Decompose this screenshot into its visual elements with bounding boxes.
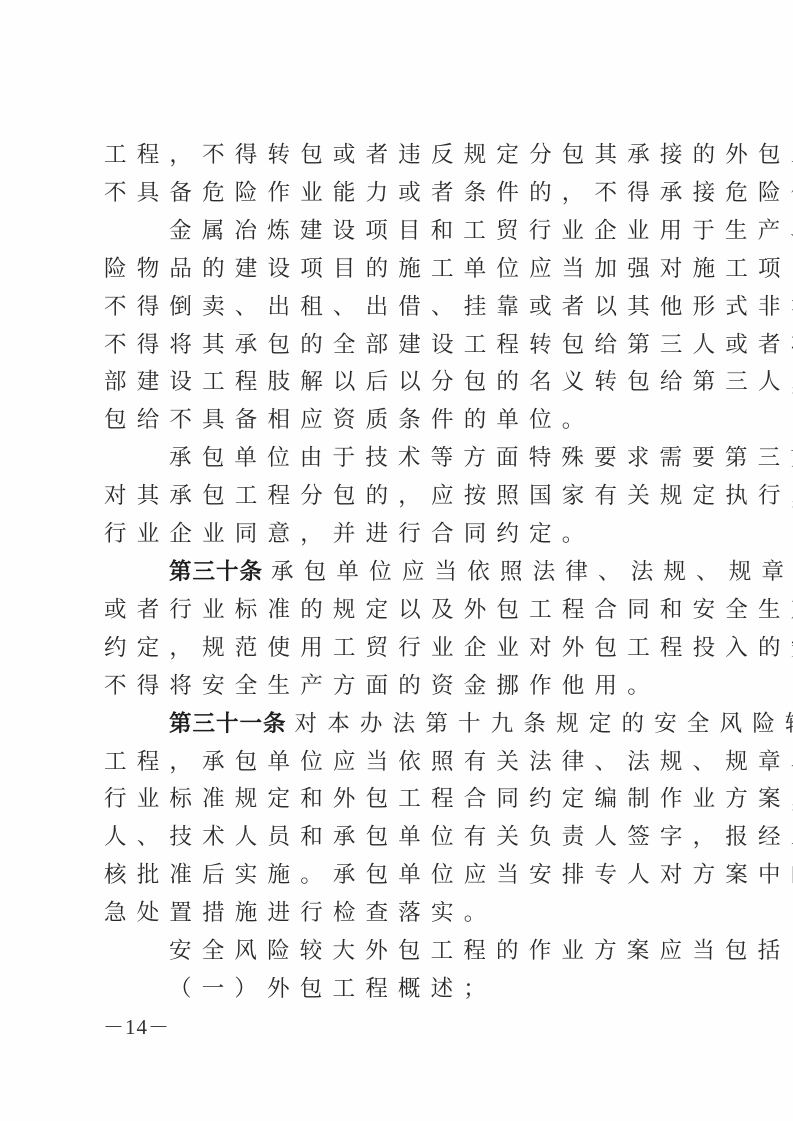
paragraph-subcontracting: 承包单位由于技术等方面特殊要求需要第三方合作或需要 对其承包工程分包的，应按照国… bbox=[104, 440, 696, 554]
text-line: 不得将安全生产方面的资金挪作他用。 bbox=[104, 668, 696, 706]
text-line: 险物品的建设项目的施工单位应当加强对施工项目的安全管理， bbox=[104, 251, 696, 289]
paragraph-work-plan-items-intro: 安全风险较大外包工程的作业方案应当包括以下事项： bbox=[104, 933, 696, 971]
page-body: 工程，不得转包或者违反规定分包其承接的外包工程。承包单位 不具备危险作业能力或者… bbox=[104, 137, 696, 1009]
article-text: 承包单位应当依照法律、法规、规章和国家标准 bbox=[271, 559, 793, 585]
article-text: 对本办法第十九条规定的安全风险较大的外包 bbox=[295, 711, 793, 737]
paragraph-continuation: 工程，不得转包或者违反规定分包其承接的外包工程。承包单位 不具备危险作业能力或者… bbox=[104, 137, 696, 213]
text-line: 工程，承包单位应当依照有关法律、法规、规章、国家标准或者 bbox=[104, 744, 696, 782]
text-line: 急处置措施进行检查落实。 bbox=[104, 895, 696, 933]
text-line: 金属冶炼建设项目和工贸行业企业用于生产、储存、装卸危 bbox=[104, 213, 696, 251]
list-item-1: （一）外包工程概述； bbox=[104, 971, 696, 1009]
text-line: 第三十条承包单位应当依照法律、法规、规章和国家标准 bbox=[104, 554, 696, 592]
text-line: 核批准后实施。承包单位应当安排专人对方案中的安全措施和应 bbox=[104, 857, 696, 895]
page-number: －14－ bbox=[103, 1011, 170, 1041]
text-line: 或者行业标准的规定以及外包工程合同和安全生产管理协议的 bbox=[104, 592, 696, 630]
text-line: 行业标准规定和外包工程合同约定编制作业方案，经项目负责 bbox=[104, 781, 696, 819]
text-line: 部建设工程肢解以后以分包的名义转包给第三人，不得将工程分 bbox=[104, 364, 696, 402]
text-line: 不得将其承包的全部建设工程转包给第三人或者将其承包的全 bbox=[104, 327, 696, 365]
paragraph-metal-smelting-construction: 金属冶炼建设项目和工贸行业企业用于生产、储存、装卸危 险物品的建设项目的施工单位… bbox=[104, 213, 696, 440]
article-30: 第三十条承包单位应当依照法律、法规、规章和国家标准 或者行业标准的规定以及外包工… bbox=[104, 554, 696, 706]
text-line: （一）外包工程概述； bbox=[104, 971, 696, 1009]
text-line: 人、技术人员和承包单位有关负责人签字，报经工贸行业企业审 bbox=[104, 819, 696, 857]
article-31: 第三十一条对本办法第十九条规定的安全风险较大的外包 工程，承包单位应当依照有关法… bbox=[104, 706, 696, 933]
document-page: 工程，不得转包或者违反规定分包其承接的外包工程。承包单位 不具备危险作业能力或者… bbox=[0, 0, 793, 1121]
text-line: 对其承包工程分包的，应按照国家有关规定执行，同时征得工贸 bbox=[104, 478, 696, 516]
text-line: 包给不具备相应资质条件的单位。 bbox=[104, 402, 696, 440]
text-line: 第三十一条对本办法第十九条规定的安全风险较大的外包 bbox=[104, 706, 696, 744]
text-line: 行业企业同意，并进行合同约定。 bbox=[104, 516, 696, 554]
text-line: 安全风险较大外包工程的作业方案应当包括以下事项： bbox=[104, 933, 696, 971]
text-line: 承包单位由于技术等方面特殊要求需要第三方合作或需要 bbox=[104, 440, 696, 478]
text-line: 不具备危险作业能力或者条件的，不得承接危险作业。 bbox=[104, 175, 696, 213]
text-line: 约定，规范使用工贸行业企业对外包工程投入的安全生产资金， bbox=[104, 630, 696, 668]
text-line: 工程，不得转包或者违反规定分包其承接的外包工程。承包单位 bbox=[104, 137, 696, 175]
article-heading: 第三十一条 bbox=[169, 711, 287, 737]
article-heading: 第三十条 bbox=[169, 559, 263, 585]
text-line: 不得倒卖、出租、出借、挂靠或者以其他形式非法转让施工资质， bbox=[104, 289, 696, 327]
